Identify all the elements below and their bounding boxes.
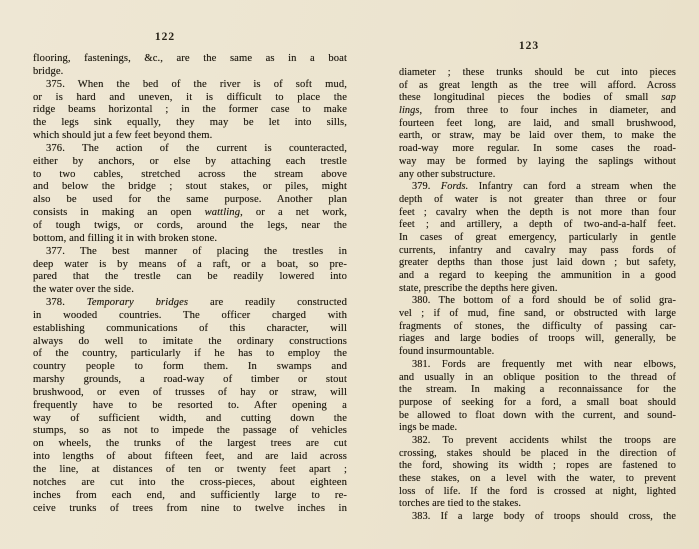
- text-line: and usually in an oblique position to th…: [399, 372, 676, 385]
- text-line: any other substructure.: [399, 169, 676, 182]
- text-line: fragments of stones, the difficulty of p…: [399, 321, 676, 334]
- italic-term: sap: [661, 92, 676, 103]
- text-line: way of sufficient width, and cutting dow…: [33, 413, 347, 426]
- text-line: torches are tied to the stakes.: [399, 498, 676, 511]
- text-line: currents, infantry and cavalry may pass …: [399, 245, 676, 258]
- text-line: fourteen feet long, are laid, and small …: [399, 118, 676, 131]
- text-line: ings be made.: [399, 422, 676, 435]
- text-line: the ford, showing its width ; ropes are …: [399, 460, 676, 473]
- text-segment: are readily constructed: [188, 297, 347, 308]
- text-line: pared that the trestle can be readily lo…: [33, 271, 347, 284]
- text-line: riages and large bodies of troops will, …: [399, 333, 676, 346]
- text-line: way may be formed by laying the saplings…: [399, 156, 676, 169]
- text-segment: , from three to four inches in diameter,…: [420, 105, 676, 116]
- text-line: crossing, stakes should be placed in the…: [399, 448, 676, 461]
- text-line: of tough twigs, or cords, around the leg…: [33, 220, 347, 233]
- text-line: marshy grounds, a road-way of timber or …: [33, 374, 347, 387]
- book-spread-scan: 122 123 flooring, fastenings, &c., are t…: [0, 0, 699, 549]
- italic-term: wattling: [205, 207, 241, 218]
- text-line: feet ; and artillery, a depth of two-and…: [399, 219, 676, 232]
- text-line: frequently have to be resorted to. After…: [33, 400, 347, 413]
- page-123-text-column: diameter ; these trunks should be cut in…: [399, 67, 676, 524]
- text-line: also be used for the same purpose. Anoth…: [33, 194, 347, 207]
- text-segment: consists in making an open: [33, 207, 205, 218]
- text-line: always do well to imitate the ordinary c…: [33, 336, 347, 349]
- text-line: road-way more regular. In some cases the…: [399, 143, 676, 156]
- text-line: 382. To prevent accidents whilst the tro…: [399, 435, 676, 448]
- text-line: the water over the side.: [33, 284, 347, 297]
- page-number-left: 122: [143, 31, 187, 43]
- text-line: greater depths than those just laid down…: [399, 257, 676, 270]
- text-line: ridge beams horizontal ; in the former c…: [33, 104, 347, 117]
- text-line: and below the bridge ; stout stakes, or …: [33, 181, 347, 194]
- text-line: these longitudinal pieces the bodies of …: [399, 92, 676, 105]
- text-line: ceive trunks of trees from nine to twelv…: [33, 503, 347, 516]
- text-line: flooring, fastenings, &c., are the same …: [33, 53, 347, 66]
- text-segment: , or a net work,: [240, 207, 347, 218]
- text-line: the legs sink equally, they may be let i…: [33, 117, 347, 130]
- page-122-text-column: flooring, fastenings, &c., are the same …: [33, 53, 347, 515]
- text-segment: 378.: [46, 297, 87, 308]
- text-line: be allowed to float down with the curren…: [399, 410, 676, 423]
- text-line: In cases of great emergency, particularl…: [399, 232, 676, 245]
- text-line: deep water is by means of a raft, or a b…: [33, 259, 347, 272]
- text-segment: Infantry can ford a stream when the: [468, 181, 676, 192]
- text-line: 377. The best manner of placing the tres…: [33, 246, 347, 259]
- text-line: vel ; if of mud, fine sand, or obstructe…: [399, 308, 676, 321]
- italic-term: Fords.: [441, 181, 468, 192]
- text-line: loss of life. If the ford is crossed at …: [399, 486, 676, 499]
- text-line: either by anchors, or else by attaching …: [33, 156, 347, 169]
- text-line: 375. When the bed of the river is of sof…: [33, 79, 347, 92]
- italic-term: Temporary bridges: [87, 297, 188, 308]
- text-line: and a regard to keeping the ammunition i…: [399, 270, 676, 283]
- text-line: on wheels, the trunks of the largest tre…: [33, 438, 347, 451]
- text-line: 383. If a large body of troops should cr…: [399, 511, 676, 524]
- text-line: country people to form them. In swamps a…: [33, 361, 347, 374]
- text-line: state, prescribe the depths here given.: [399, 283, 676, 296]
- text-line: inches from each end, and sufficiently l…: [33, 490, 347, 503]
- text-line: lings, from three to four inches in diam…: [399, 105, 676, 118]
- text-line: 379. Fords. Infantry can ford a stream w…: [399, 181, 676, 194]
- text-line: the stream. In making a reconnaissance f…: [399, 384, 676, 397]
- text-line: stumps, so as not to impede the passage …: [33, 425, 347, 438]
- text-line: the line, at distances of ten or twenty …: [33, 464, 347, 477]
- text-line: 381. Fords are frequently met with near …: [399, 359, 676, 372]
- text-line: bridge.: [33, 66, 347, 79]
- text-line: earth, or straw, may be laid over them, …: [399, 130, 676, 143]
- text-segment: 379.: [412, 181, 441, 192]
- italic-term: lings: [399, 105, 420, 116]
- text-line: found insurmountable.: [399, 346, 676, 359]
- text-line: of as great length as the tree will affo…: [399, 80, 676, 93]
- text-line: diameter ; these trunks should be cut in…: [399, 67, 676, 80]
- page-number-right: 123: [507, 40, 551, 52]
- text-line: consists in making an open wattling, or …: [33, 207, 347, 220]
- text-line: purpose of seeking for a ford, a small b…: [399, 397, 676, 410]
- text-line: or is hard and uneven, it is difficult t…: [33, 92, 347, 105]
- text-line: brushwood, or even of trusses of hay or …: [33, 387, 347, 400]
- text-line: 376. The action of the current is counte…: [33, 143, 347, 156]
- text-line: feet ; cavalry when the depth is not mor…: [399, 207, 676, 220]
- text-line: into lengths of about fifteen feet, and …: [33, 451, 347, 464]
- text-line: depth of water is not greater than three…: [399, 194, 676, 207]
- text-line: which should jut a few feet beyond them.: [33, 130, 347, 143]
- text-segment: these longitudinal pieces the bodies of …: [399, 92, 661, 103]
- text-line: 380. The bottom of a ford should be of s…: [399, 295, 676, 308]
- text-line: bottom, and filling it in with broken st…: [33, 233, 347, 246]
- text-line: 378. Temporary bridges are readily const…: [33, 297, 347, 310]
- text-line: notches are cut into the cross-pieces, a…: [33, 477, 347, 490]
- text-line: these stakes, on a level with the water,…: [399, 473, 676, 486]
- text-line: establishing communications of this char…: [33, 323, 347, 336]
- text-line: of the country, particularly if he has t…: [33, 348, 347, 361]
- text-line: in wooded countries. The officer charged…: [33, 310, 347, 323]
- text-line: to two cables, stretched across the stre…: [33, 169, 347, 182]
